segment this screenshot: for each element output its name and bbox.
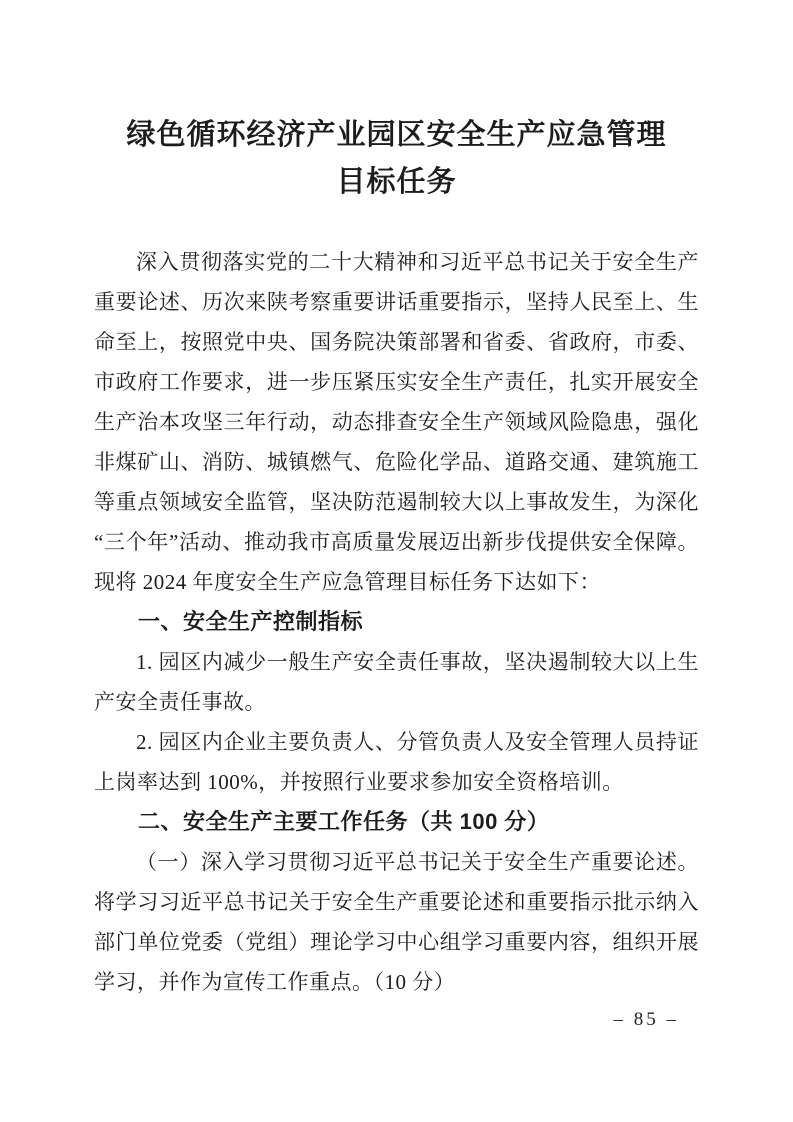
section-1-item-1: 1. 园区内减少一般生产安全责任事故，坚决遏制较大以上生产安全责任事故。: [94, 642, 699, 722]
intro-paragraph: 深入贯彻落实党的二十大精神和习近平总书记关于安全生产重要论述、历次来陕考察重要讲…: [94, 242, 699, 602]
section-2-item-1: （一）深入学习贯彻习近平总书记关于安全生产重要论述。将学习习近平总书记关于安全生…: [94, 842, 699, 1002]
section-2-item-1-lead: （一）深入学习贯彻习近平总书记关于安全生产重要论述。: [136, 850, 699, 874]
page-number: – 85 –: [614, 1008, 680, 1032]
document-page: 绿色循环经济产业园区安全生产应急管理 目标任务 深入贯彻落实党的二十大精神和习近…: [0, 0, 793, 1122]
document-title-line-2: 目标任务: [94, 159, 699, 206]
document-body: 深入贯彻落实党的二十大精神和习近平总书记关于安全生产重要论述、历次来陕考察重要讲…: [94, 242, 699, 1002]
section-2-heading: 二、安全生产主要工作任务（共 100 分）: [94, 802, 699, 842]
document-title: 绿色循环经济产业园区安全生产应急管理 目标任务: [94, 112, 699, 206]
section-1-heading: 一、安全生产控制指标: [94, 602, 699, 642]
document-title-line-1: 绿色循环经济产业园区安全生产应急管理: [94, 112, 699, 159]
section-2-item-1-text: 将学习习近平总书记关于安全生产重要论述和重要指示批示纳入部门单位党委（党组）理论…: [94, 890, 699, 994]
section-1-item-2: 2. 园区内企业主要负责人、分管负责人及安全管理人员持证上岗率达到 100%，并…: [94, 722, 699, 802]
